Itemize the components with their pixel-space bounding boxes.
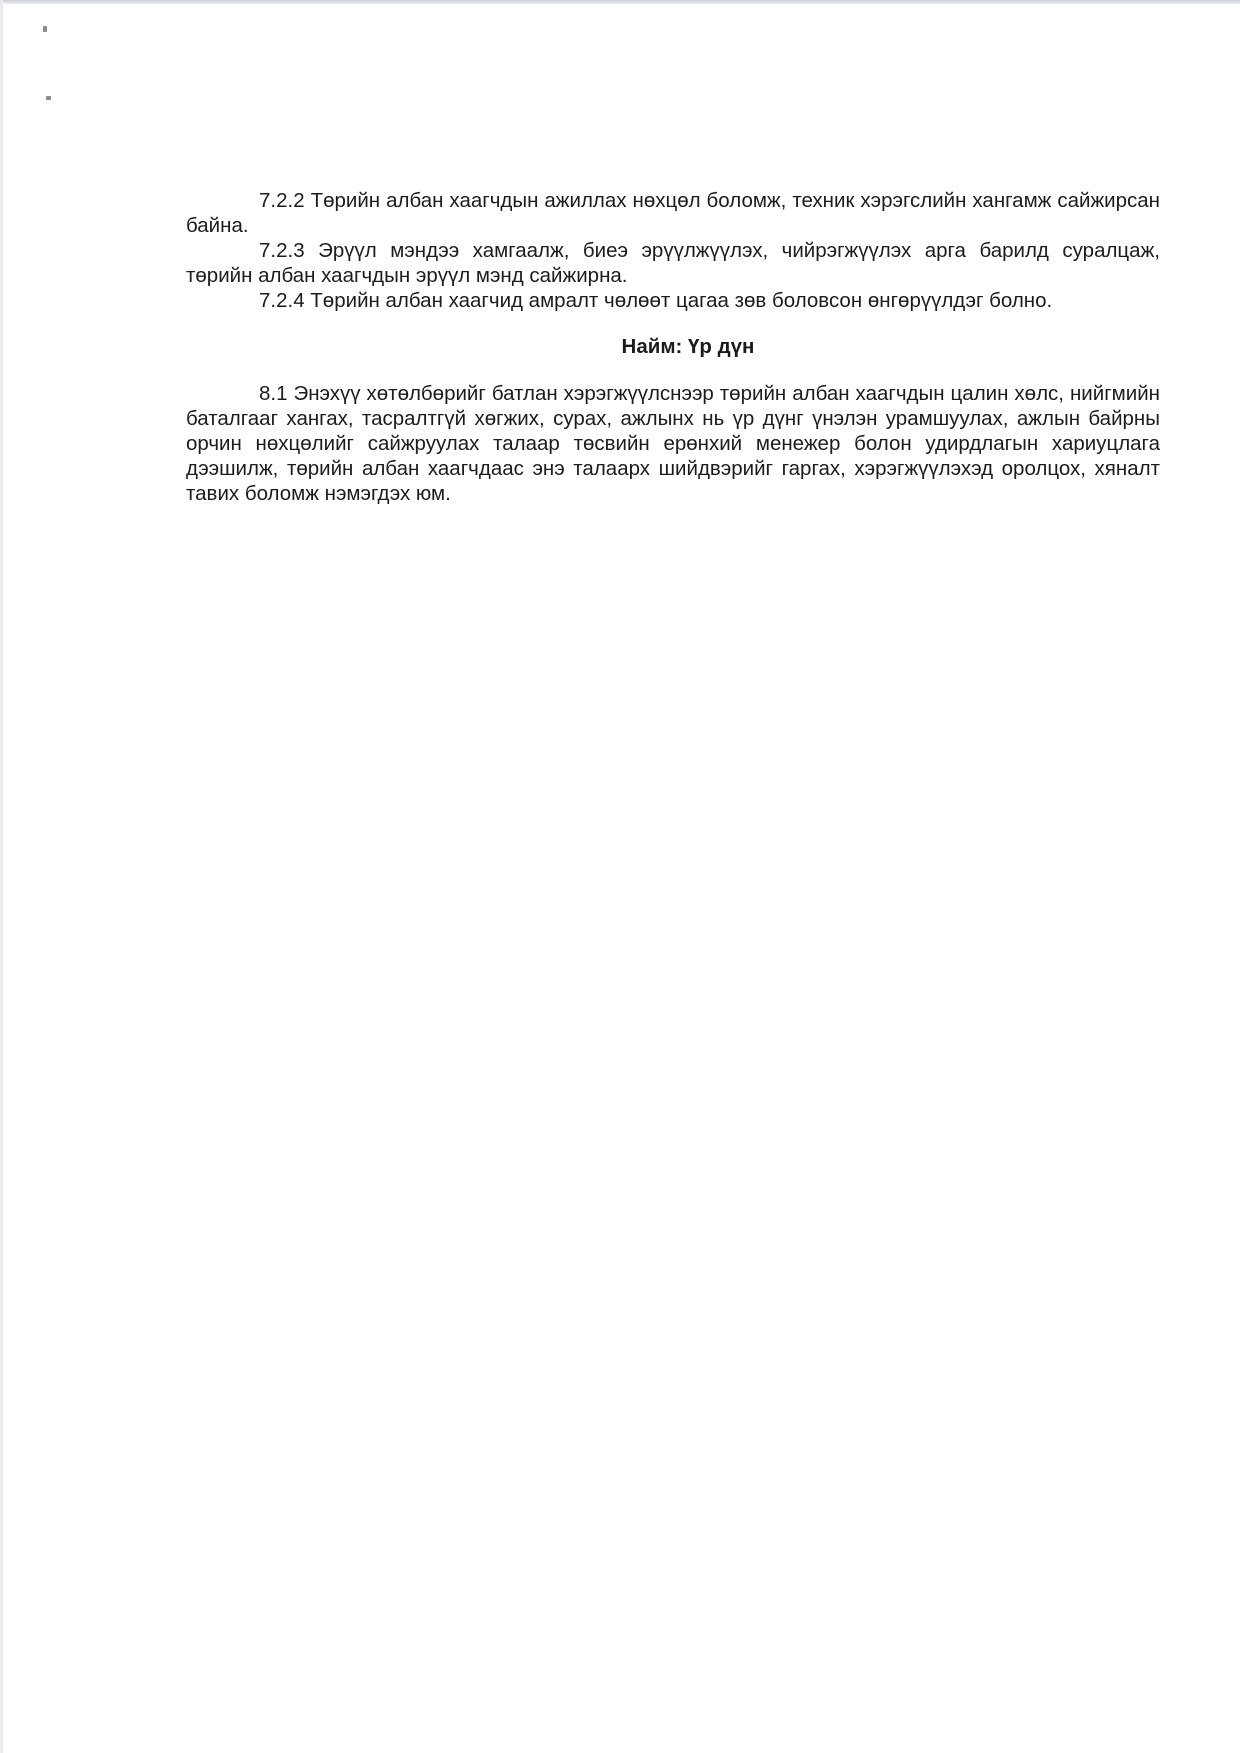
paragraph-7-2-4: 7.2.4 Төрийн албан хаагчид амралт чөлөөт… xyxy=(186,288,1160,313)
paragraph-7-2-2: 7.2.2 Төрийн албан хаагчдын ажиллах нөхц… xyxy=(186,188,1160,238)
section-heading-results: Найм: Үр дүн xyxy=(186,334,1160,359)
paragraph-8-1: 8.1 Энэхүү хөтөлбөрийг батлан хэрэгжүүлс… xyxy=(186,381,1160,506)
scan-edge-left xyxy=(0,0,3,1753)
paragraph-7-2-3: 7.2.3 Эрүүл мэндээ хамгаалж, биеэ эрүүлж… xyxy=(186,238,1160,288)
document-page-body: 7.2.2 Төрийн албан хаагчдын ажиллах нөхц… xyxy=(186,188,1160,506)
scan-edge-top xyxy=(0,0,1240,4)
scan-artifact-mark xyxy=(46,96,51,100)
scan-artifact-mark xyxy=(43,26,47,32)
